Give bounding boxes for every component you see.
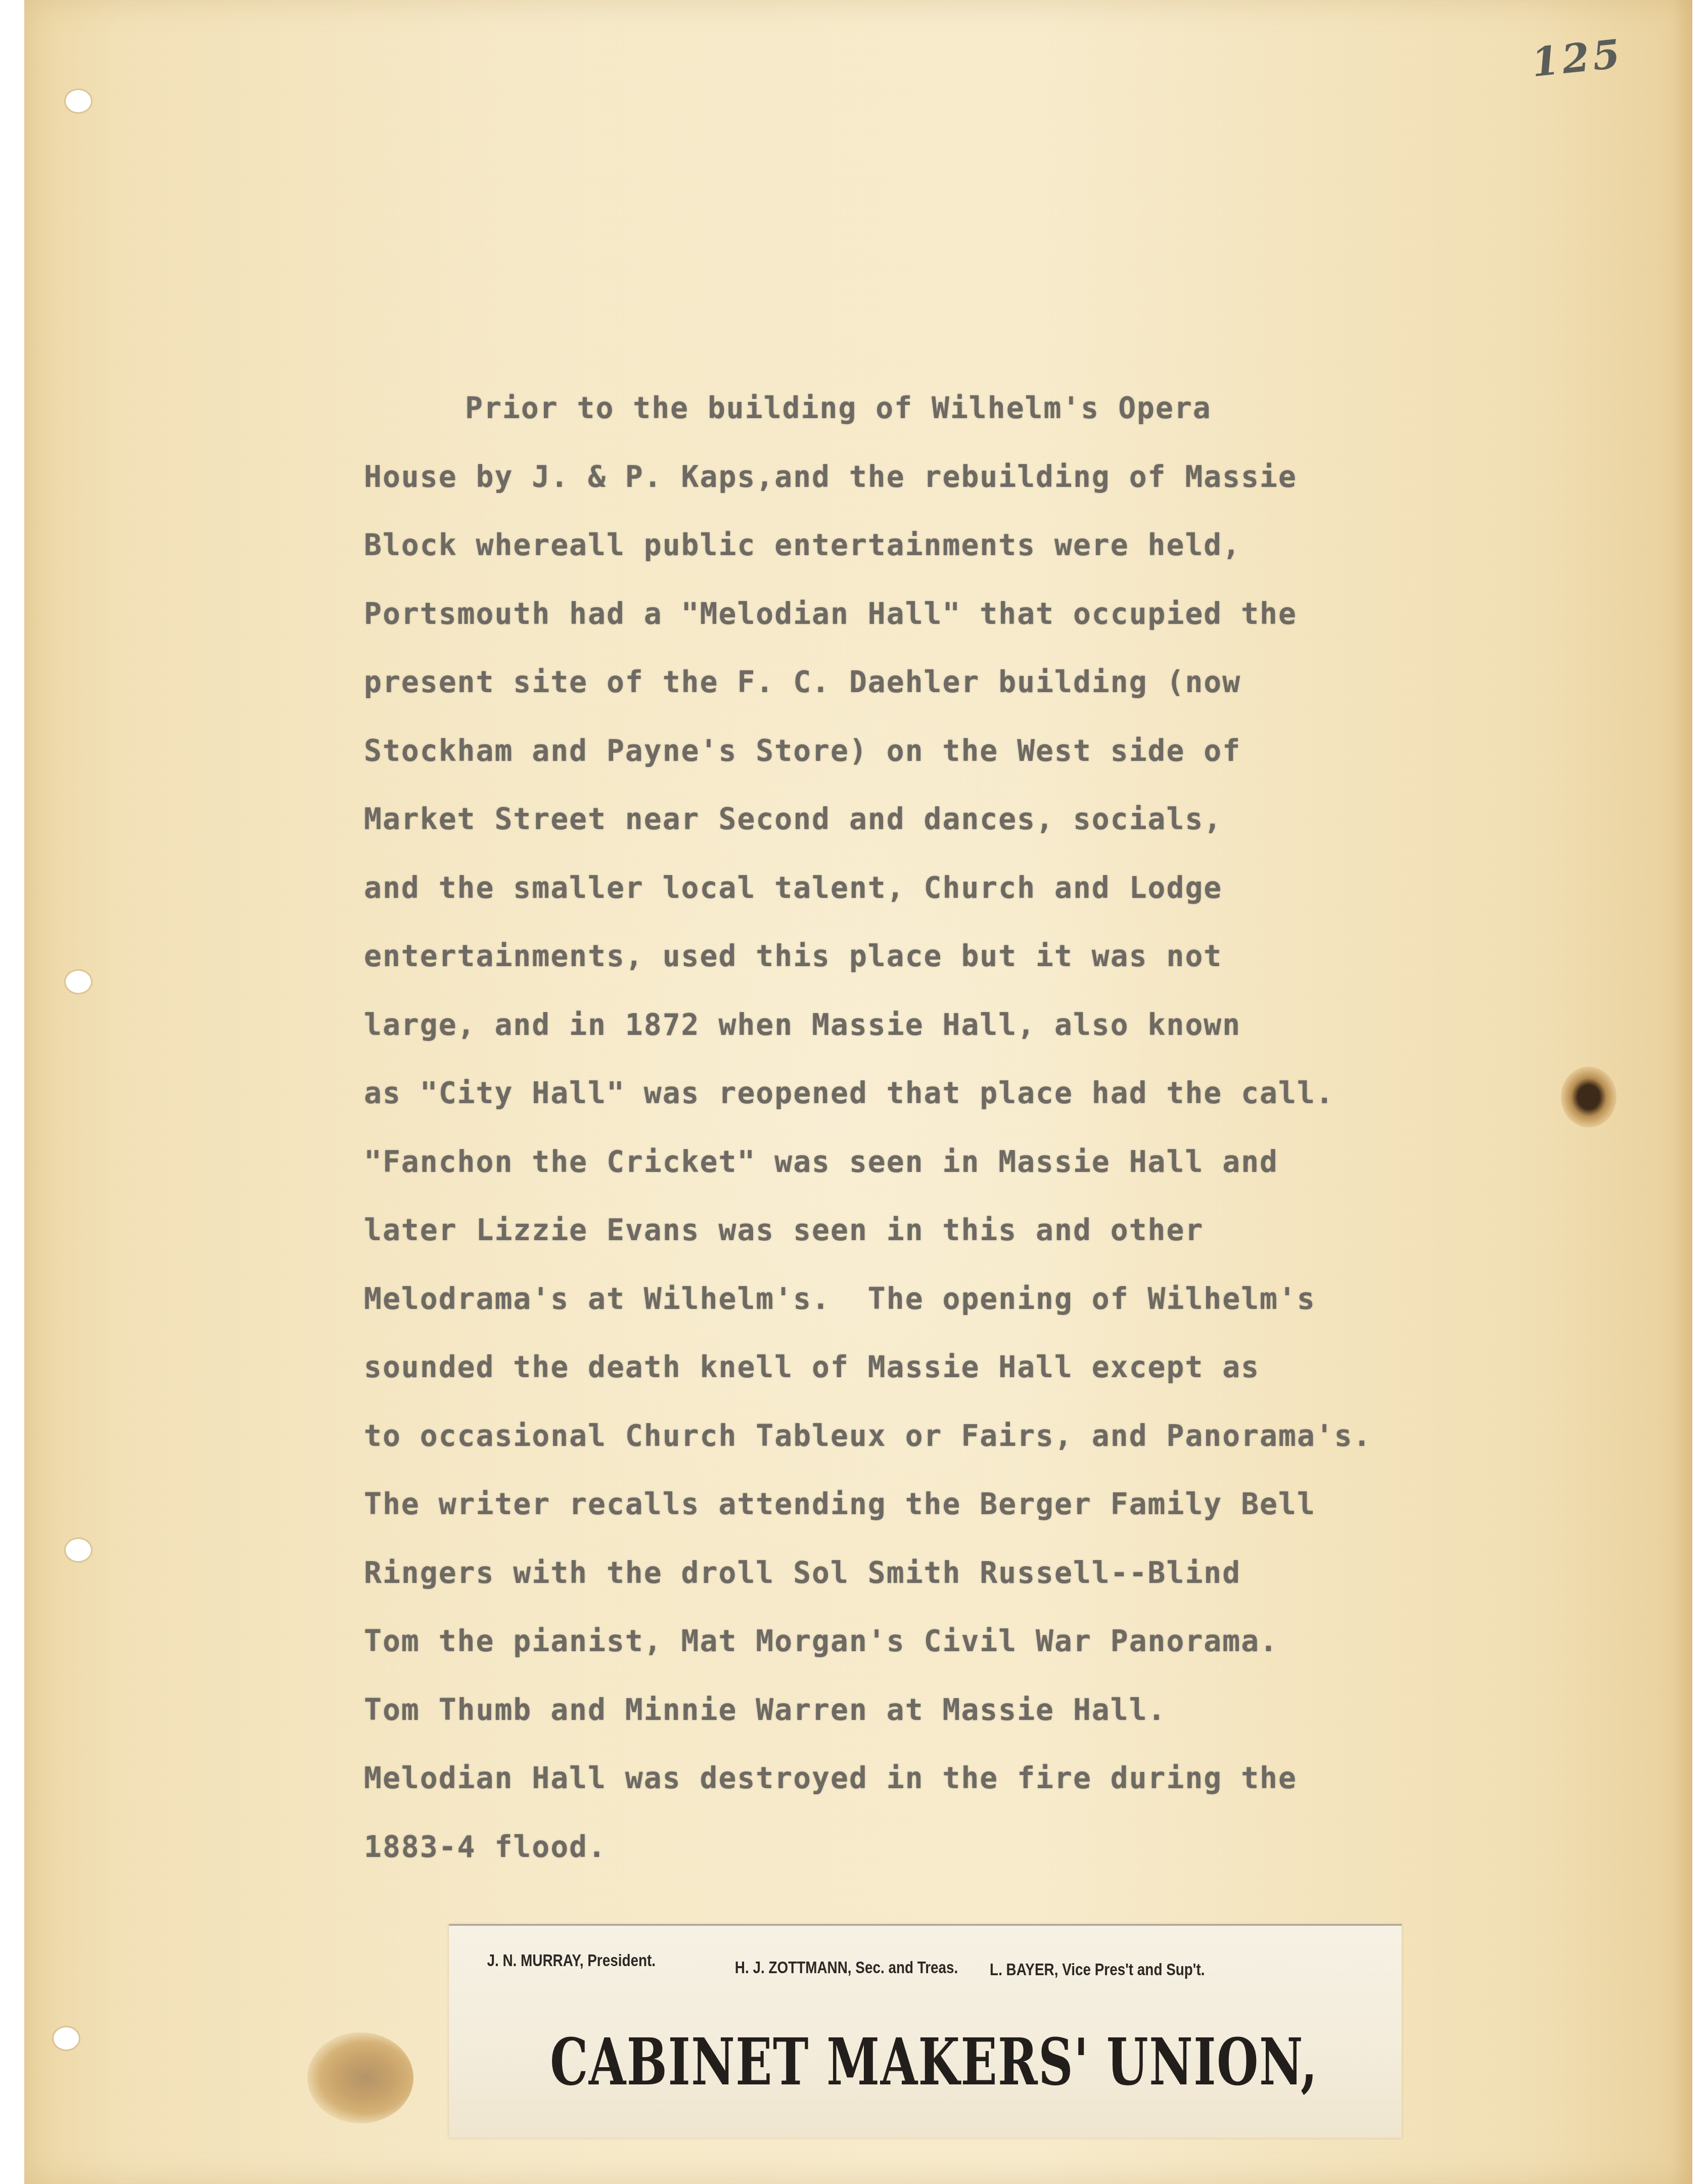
officer-secretary-treasurer: H. J. ZOTTMANN, Sec. and Treas. [735, 1958, 958, 1978]
officer-vice-president: L. BAYER, Vice Pres't and Sup't. [990, 1960, 1205, 1980]
text-line: Melodian Hall was destroyed in the fire … [364, 1744, 1476, 1813]
text-line: as "City Hall" was reopened that place h… [364, 1059, 1476, 1128]
text-line: "Fanchon the Cricket" was seen in Massie… [364, 1128, 1476, 1197]
text-line: Block whereall public entertainments wer… [364, 511, 1476, 580]
page-edge-shading [1672, 0, 1692, 2184]
text-line: large, and in 1872 when Massie Hall, als… [364, 991, 1476, 1060]
text-line: Tom Thumb and Minnie Warren at Massie Ha… [364, 1676, 1476, 1745]
punch-hole-middle [66, 971, 91, 993]
text-line: entertainments, used this place but it w… [364, 922, 1476, 991]
text-line: Market Street near Second and dances, so… [364, 785, 1476, 854]
punch-hole-top [66, 90, 91, 112]
water-stain [307, 2032, 413, 2123]
letterhead-clipping: J. N. MURRAY, President. H. J. ZOTTMANN,… [449, 1924, 1402, 2138]
text-line: Portsmouth had a "Melodian Hall" that oc… [364, 580, 1476, 649]
text-line: The writer recalls attending the Berger … [364, 1470, 1476, 1539]
letterhead-title: CABINET MAKERS' UNION, [550, 2024, 1318, 2100]
punch-hole-bottom [54, 2027, 79, 2050]
text-line: later Lizzie Evans was seen in this and … [364, 1196, 1476, 1265]
text-line: Stockham and Payne's Store) on the West … [364, 717, 1476, 786]
text-line: and the smaller local talent, Church and… [364, 854, 1476, 923]
text-line: Melodrama's at Wilhelm's. The opening of… [364, 1265, 1476, 1334]
text-line: Ringers with the droll Sol Smith Russell… [364, 1539, 1476, 1608]
officers-line: J. N. MURRAY, President. H. J. ZOTTMANN,… [449, 1951, 1230, 1981]
punch-hole-lower [66, 1539, 91, 1561]
text-line: to occasional Church Tableux or Fairs, a… [364, 1402, 1476, 1471]
text-line: present site of the F. C. Daehler buildi… [364, 648, 1476, 717]
handwritten-page-number: 125 [1530, 31, 1625, 86]
text-line: Prior to the building of Wilhelm's Opera [364, 374, 1476, 443]
text-line: Tom the pianist, Mat Morgan's Civil War … [364, 1607, 1476, 1676]
text-line: 1883-4 flood. [364, 1813, 1476, 1882]
burn-mark [1561, 1067, 1617, 1127]
officer-president: J. N. MURRAY, President. [487, 1951, 656, 1971]
text-line: sounded the death knell of Massie Hall e… [364, 1333, 1476, 1402]
text-line: House by J. & P. Kaps,and the rebuilding… [364, 443, 1476, 512]
typewritten-paragraph: Prior to the building of Wilhelm's Opera… [364, 374, 1476, 1881]
